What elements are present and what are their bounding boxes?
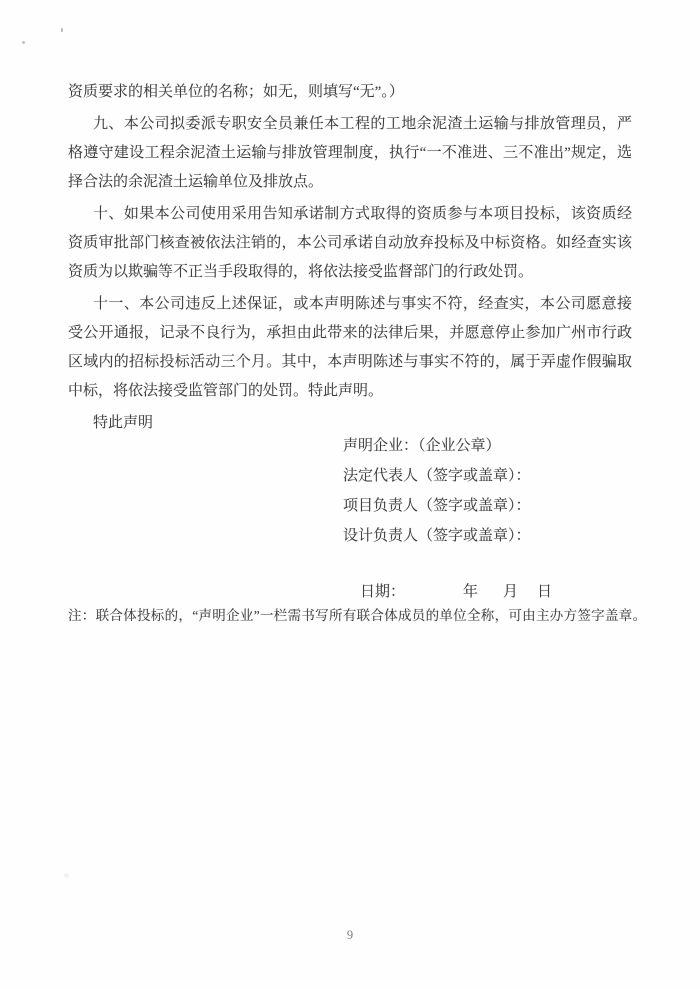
clause-9: 九、本公司拟委派专职安全员兼任本工程的工地余泥渣土运输与排放管理员，严格遵守建设… xyxy=(68,110,632,197)
signature-line-legal-representative: 法定代表人（签字或盖章）： xyxy=(343,461,531,491)
paragraph-continuation: 资质要求的相关单位的名称；如无，则填写“无”。） xyxy=(68,78,632,107)
date-line: 日期：年月日 xyxy=(360,578,552,607)
clause-10: 十、如果本公司使用采用告知承诺制方式取得的资质参与本项目投标，该资质经资质审批部… xyxy=(68,200,632,287)
scanned-document-page: 资质要求的相关单位的名称；如无，则填写“无”。） 九、本公司拟委派专职安全员兼任… xyxy=(0,0,700,989)
date-label: 日期： xyxy=(360,584,405,600)
document-body: 资质要求的相关单位的名称；如无，则填写“无”。） 九、本公司拟委派专职安全员兼任… xyxy=(68,78,632,441)
date-day-label: 日 xyxy=(537,584,552,600)
scan-speck xyxy=(22,41,25,44)
signature-line-project-leader: 项目负责人（签字或盖章）： xyxy=(343,491,531,521)
signature-block: 声明企业：（企业公章） 法定代表人（签字或盖章）： 项目负责人（签字或盖章）： … xyxy=(343,431,531,551)
scan-speck xyxy=(61,28,63,32)
date-year-label: 年 xyxy=(463,584,478,600)
signature-line-declaring-company: 声明企业：（企业公章） xyxy=(343,431,531,461)
page-number: 9 xyxy=(0,928,700,943)
date-month-label: 月 xyxy=(503,584,518,600)
scan-speck xyxy=(64,873,69,878)
clause-11: 十一、本公司违反上述保证，或本声明陈述与事实不符，经查实，本公司愿意接受公开通报… xyxy=(68,290,632,406)
signature-line-design-leader: 设计负责人（签字或盖章）： xyxy=(343,521,531,551)
footnote: 注：联合体投标的，“声明企业”一栏需书写所有联合体成员的单位全称，可由主办方签字… xyxy=(68,606,644,626)
